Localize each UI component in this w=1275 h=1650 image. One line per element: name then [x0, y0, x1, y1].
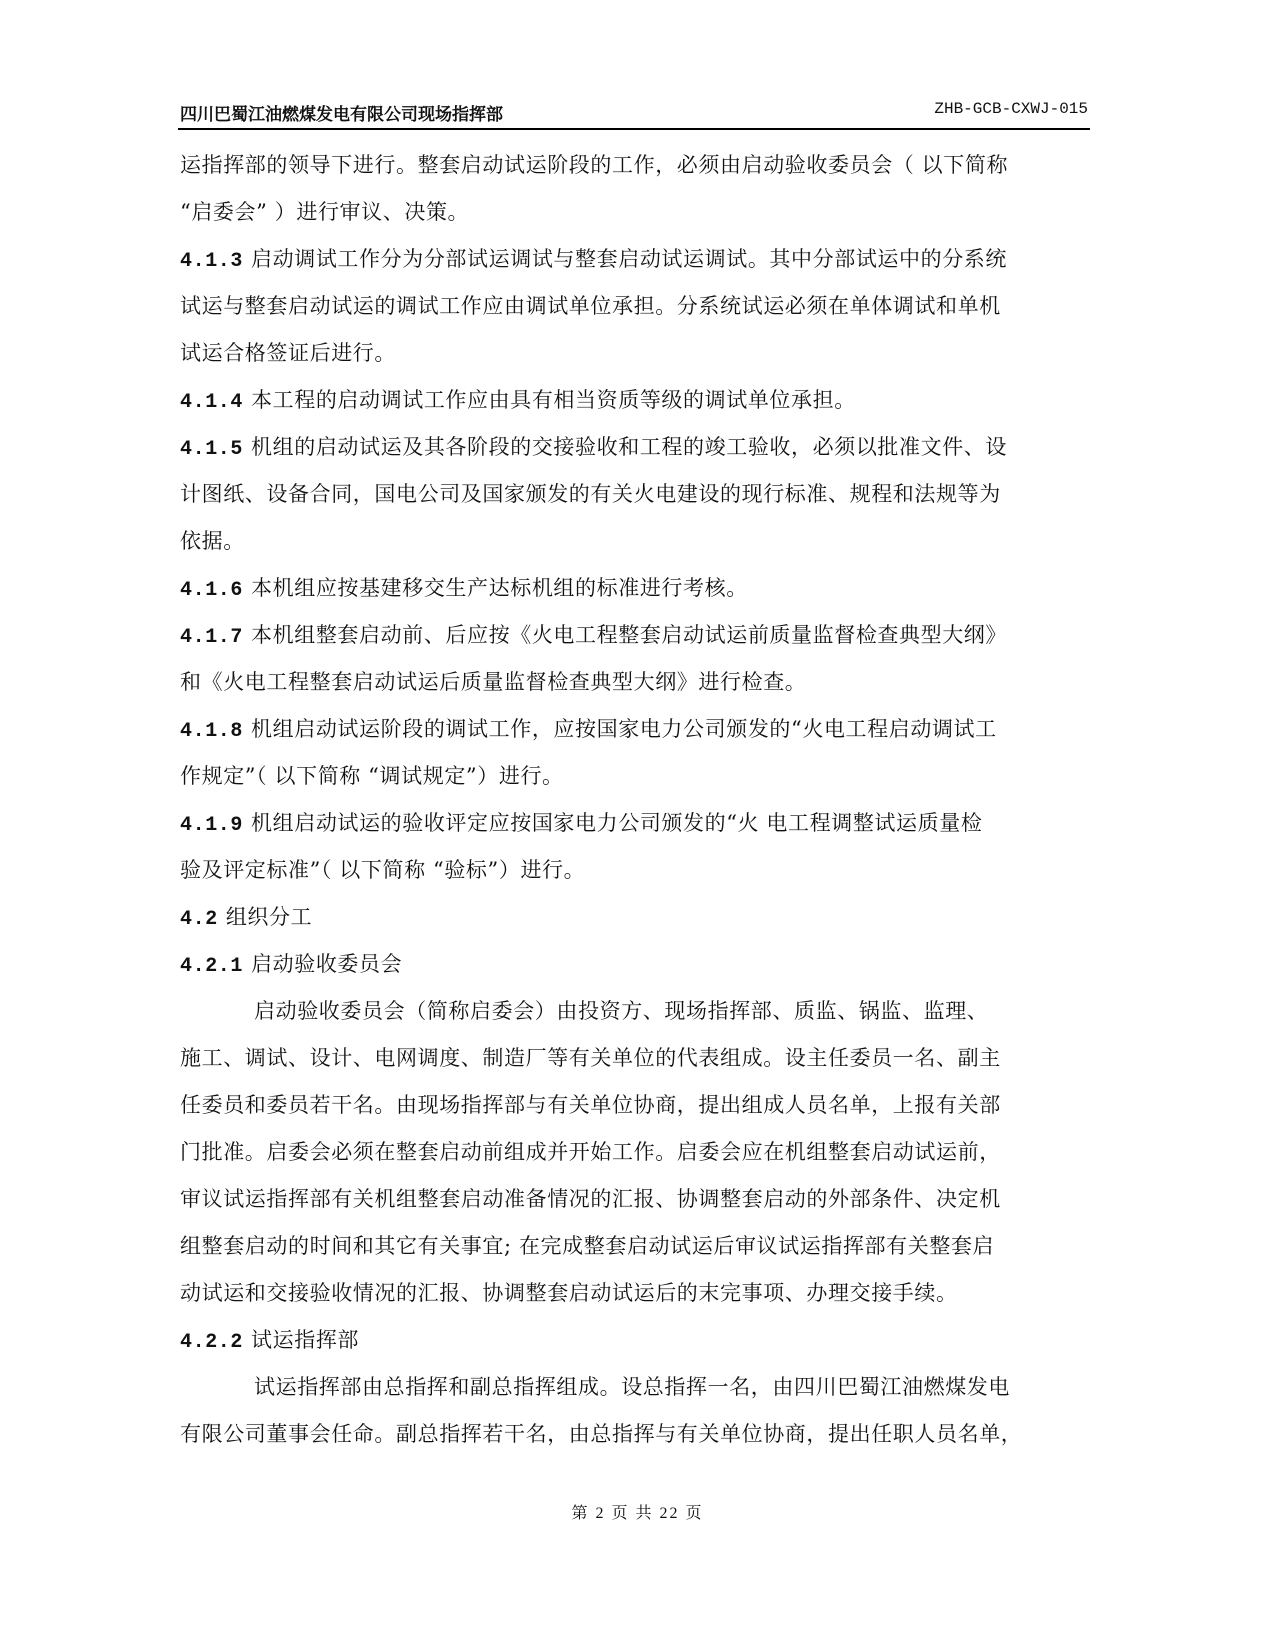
document-page: 四川巴蜀江油燃煤发电有限公司现场指挥部 ZHB-GCB-CXWJ-015 运指挥… [0, 0, 1275, 1650]
section-line: 4.1.8机组启动试运阶段的调试工作，应按国家电力公司颁发的“火电工程启动调试工 [180, 706, 1092, 753]
header-document-code: ZHB-GCB-CXWJ-015 [934, 100, 1088, 118]
line-text: 组织分工 [226, 905, 312, 929]
text-line: 有限公司董事会任命。副总指挥若干名，由总指挥与有关单位协商，提出任职人员名单， [180, 1411, 1092, 1458]
line-text: 依据。 [180, 529, 245, 553]
text-line: 试运指挥部由总指挥和副总指挥组成。设总指挥一名，由四川巴蜀江油燃煤发电 [180, 1364, 1092, 1411]
text-line: 动试运和交接验收情况的汇报、协调整套启动试运后的末完事项、办理交接手续。 [180, 1270, 1092, 1317]
text-line: 试运合格签证后进行。 [180, 330, 1092, 377]
line-text: 本机组整套启动前、后应按《火电工程整套启动试运前质量监督检查典型大纲》 [251, 623, 1007, 647]
line-text: 任委员和委员若干名。由现场指挥部与有关单位协商，提出组成人员名单，上报有关部 [180, 1093, 1001, 1117]
section-line: 4.1.4本工程的启动调试工作应由具有相当资质等级的调试单位承担。 [180, 377, 1092, 424]
text-line: 和《火电工程整套启动试运后质量监督检查典型大纲》进行检查。 [180, 659, 1092, 706]
line-text: 施工、调试、设计、电网调度、制造厂等有关单位的代表组成。设主任委员一名、副主 [180, 1046, 1001, 1070]
header-organization: 四川巴蜀江油燃煤发电有限公司现场指挥部 [180, 100, 503, 125]
line-text: 审议试运指挥部有关机组整套启动准备情况的汇报、协调整套启动的外部条件、决定机 [180, 1187, 1001, 1211]
text-line: 作规定”（ 以下简称 “调试规定”）进行。 [180, 753, 1092, 800]
text-line: 门批准。启委会必须在整套启动前组成并开始工作。启委会应在机组整套启动试运前， [180, 1129, 1092, 1176]
text-line: 任委员和委员若干名。由现场指挥部与有关单位协商，提出组成人员名单，上报有关部 [180, 1082, 1092, 1129]
line-text: 试运指挥部 [251, 1328, 359, 1352]
text-line: 依据。 [180, 518, 1092, 565]
line-text: 机组启动试运阶段的调试工作，应按国家电力公司颁发的“火电工程启动调试工 [251, 717, 997, 741]
section-line: 4.2.2试运指挥部 [180, 1317, 1092, 1364]
text-line: 施工、调试、设计、电网调度、制造厂等有关单位的代表组成。设主任委员一名、副主 [180, 1035, 1092, 1082]
line-text: 启动调试工作分为分部试运调试与整套启动试运调试。其中分部试运中的分系统 [251, 247, 1007, 271]
text-line: 计图纸、设备合同，国电公司及国家颁发的有关火电建设的现行标准、规程和法规等为 [180, 471, 1092, 518]
section-line: 4.1.5机组的启动试运及其各阶段的交接验收和工程的竣工验收，必须以批准文件、设 [180, 424, 1092, 471]
line-text: 作规定”（ 以下简称 “调试规定”）进行。 [180, 764, 564, 788]
line-text: 门批准。启委会必须在整套启动前组成并开始工作。启委会应在机组整套启动试运前， [180, 1140, 1001, 1164]
line-text: 试运合格签证后进行。 [180, 341, 396, 365]
section-number: 4.2.1 [180, 955, 243, 978]
line-text: 启动验收委员会（简称启委会）由投资方、现场指挥部、质监、锅监、监理、 [254, 999, 988, 1023]
text-line: 审议试运指挥部有关机组整套启动准备情况的汇报、协调整套启动的外部条件、决定机 [180, 1176, 1092, 1223]
section-number: 4.1.7 [180, 626, 243, 649]
page-header: 四川巴蜀江油燃煤发电有限公司现场指挥部 ZHB-GCB-CXWJ-015 [178, 100, 1090, 130]
line-text: 动试运和交接验收情况的汇报、协调整套启动试运后的末完事项、办理交接手续。 [180, 1281, 958, 1305]
section-number: 4.2 [180, 908, 218, 931]
section-line: 4.2.1启动验收委员会 [180, 941, 1092, 988]
section-line: 4.1.6本机组应按基建移交生产达标机组的标准进行考核。 [180, 565, 1092, 612]
text-line: “启委会” ）进行审议、决策。 [180, 189, 1092, 236]
line-text: 机组的启动试运及其各阶段的交接验收和工程的竣工验收，必须以批准文件、设 [251, 435, 1007, 459]
line-text: 试运指挥部由总指挥和副总指挥组成。设总指挥一名，由四川巴蜀江油燃煤发电 [254, 1375, 1010, 1399]
text-line: 组整套启动的时间和其它有关事宜; 在完成整套启动试运后审议试运指挥部有关整套启 [180, 1223, 1092, 1270]
line-text: 运指挥部的领导下进行。整套启动试运阶段的工作，必须由启动验收委员会（ 以下简称 [180, 153, 1008, 177]
line-text: “启委会” ）进行审议、决策。 [180, 200, 469, 224]
line-text: 本机组应按基建移交生产达标机组的标准进行考核。 [251, 576, 748, 600]
section-number: 4.1.4 [180, 391, 243, 414]
line-text: 启动验收委员会 [251, 952, 402, 976]
section-line: 4.1.7本机组整套启动前、后应按《火电工程整套启动试运前质量监督检查典型大纲》 [180, 612, 1092, 659]
text-line: 试运与整套启动试运的调试工作应由调试单位承担。分系统试运必须在单体调试和单机 [180, 283, 1092, 330]
section-number: 4.1.9 [180, 814, 243, 837]
line-text: 组整套启动的时间和其它有关事宜; 在完成整套启动试运后审议试运指挥部有关整套启 [180, 1234, 994, 1258]
document-body: 运指挥部的领导下进行。整套启动试运阶段的工作，必须由启动验收委员会（ 以下简称“… [180, 142, 1092, 1458]
text-line: 运指挥部的领导下进行。整套启动试运阶段的工作，必须由启动验收委员会（ 以下简称 [180, 142, 1092, 189]
section-number: 4.2.2 [180, 1331, 243, 1354]
page-footer: 第 2 页 共 22 页 [0, 1500, 1275, 1523]
section-line: 4.2组织分工 [180, 894, 1092, 941]
section-number: 4.1.6 [180, 579, 243, 602]
section-number: 4.1.8 [180, 720, 243, 743]
section-number: 4.1.3 [180, 250, 243, 273]
text-line: 启动验收委员会（简称启委会）由投资方、现场指挥部、质监、锅监、监理、 [180, 988, 1092, 1035]
section-line: 4.1.9机组启动试运的验收评定应按国家电力公司颁发的“火 电工程调整试运质量检 [180, 800, 1092, 847]
line-text: 机组启动试运的验收评定应按国家电力公司颁发的“火 电工程调整试运质量检 [251, 811, 982, 835]
section-line: 4.1.3启动调试工作分为分部试运调试与整套启动试运调试。其中分部试运中的分系统 [180, 236, 1092, 283]
section-number: 4.1.5 [180, 438, 243, 461]
line-text: 和《火电工程整套启动试运后质量监督检查典型大纲》进行检查。 [180, 670, 806, 694]
line-text: 计图纸、设备合同，国电公司及国家颁发的有关火电建设的现行标准、规程和法规等为 [180, 482, 1001, 506]
line-text: 有限公司董事会任命。副总指挥若干名，由总指挥与有关单位协商，提出任职人员名单， [180, 1422, 1022, 1446]
line-text: 本工程的启动调试工作应由具有相当资质等级的调试单位承担。 [251, 388, 856, 412]
text-line: 验及评定标准”（ 以下简称 “验标”）进行。 [180, 847, 1092, 894]
line-text: 试运与整套启动试运的调试工作应由调试单位承担。分系统试运必须在单体调试和单机 [180, 294, 1001, 318]
line-text: 验及评定标准”（ 以下简称 “验标”）进行。 [180, 858, 585, 882]
